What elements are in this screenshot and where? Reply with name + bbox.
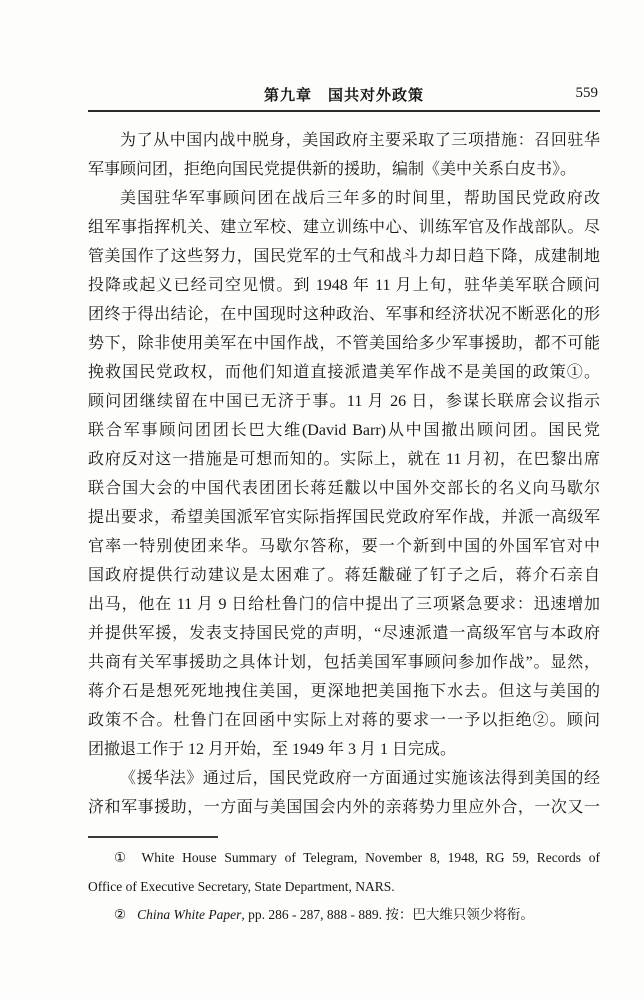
body-line: 国政府提供行动建议是太困难了。蒋廷黻碰了钉子之后，蒋介石亲自 — [88, 561, 600, 590]
body-line: 济和军事援助，一方面与美国国会内外的亲蒋势力里应外合，一次又一 — [88, 793, 600, 822]
body-line: 政策不合。杜鲁门在回函中实际上对蒋的要求一一予以拒绝②。顾问 — [88, 706, 600, 735]
body-line: 出马，他在 11 月 9 日给杜鲁门的信中提出了三项紧急要求：迅速增加 — [88, 590, 600, 619]
footnote-2-text: , pp. 286 - 287, 888 - 889. 按：巴大维只领少将衔。 — [241, 907, 534, 922]
footnotes: ①White House Summary of Telegram, Novemb… — [88, 844, 600, 930]
body-line: 挽救国民党政权，而他们知道直接派遣美军作战不是美国的政策①。 — [88, 358, 600, 387]
body-text: 为了从中国内战中脱身，美国政府主要采取了三项措施：召回驻华 军事顾问团，拒绝向国… — [88, 126, 600, 822]
footnote-1: ①White House Summary of Telegram, Novemb… — [88, 844, 600, 901]
body-line: 团撤退工作于 12 月开始，至 1949 年 3 月 1 日完成。 — [88, 735, 600, 764]
book-page: 第九章 国共对外政策 559 为了从中国内战中脱身，美国政府主要采取了三项措施：… — [0, 0, 644, 1000]
paragraph-2: 美国驻华军事顾问团在战后三年多的时间里，帮助国民党政府改 组军事指挥机关、建立军… — [88, 184, 600, 764]
footnote-2-marker: ② — [114, 907, 126, 922]
footnote-1-text-line-2: Office of Executive Secretary, State Dep… — [88, 873, 600, 902]
body-line: 军事顾问团，拒绝向国民党提供新的援助，编制《美中关系白皮书》。 — [88, 155, 600, 184]
paragraph-1: 为了从中国内战中脱身，美国政府主要采取了三项措施：召回驻华 军事顾问团，拒绝向国… — [88, 126, 600, 184]
body-line: 为了从中国内战中脱身，美国政府主要采取了三项措施：召回驻华 — [88, 126, 600, 155]
chapter-heading: 第九章 国共对外政策 — [88, 84, 600, 105]
body-line: 势下，除非使用美军在中国作战，不管美国给多少军事援助，都不可能 — [88, 329, 600, 358]
body-line: 共商有关军事援助之具体计划，包括美国军事顾问参加作战”。显然， — [88, 648, 600, 677]
body-line: 联合军事顾问团团长巴大维(David Barr)从中国撤出顾问团。国民党 — [88, 416, 600, 445]
body-line: 蒋介石是想死死地拽住美国，更深地把美国拖下水去。但这与美国的 — [88, 677, 600, 706]
body-line: 《援华法》通过后，国民党政府一方面通过实施该法得到美国的经 — [88, 764, 600, 793]
footnote-1-marker: ① — [114, 850, 130, 865]
body-line: 管美国作了这些努力，国民党军的士气和战斗力却日趋下降，成建制地 — [88, 242, 600, 271]
body-line: 提出要求，希望美国派军官实际指挥国民党政府军作战，并派一高级军 — [88, 503, 600, 532]
paragraph-3: 《援华法》通过后，国民党政府一方面通过实施该法得到美国的经 济和军事援助，一方面… — [88, 764, 600, 822]
body-line: 联合国大会的中国代表团团长蒋廷黻以中国外交部长的名义向马歇尔 — [88, 474, 600, 503]
body-line: 美国驻华军事顾问团在战后三年多的时间里，帮助国民党政府改 — [88, 184, 600, 213]
body-line: 团终于得出结论，在中国现时这种政治、军事和经济状况不断恶化的形 — [88, 300, 600, 329]
footnote-separator — [88, 836, 218, 838]
page-number: 559 — [576, 85, 599, 102]
body-line: 官率一特别使团来华。马歇尔答称，要一个新到中国的外国军官对中 — [88, 532, 600, 561]
footnote-2: ②China White Paper, pp. 286 - 287, 888 -… — [88, 901, 600, 930]
body-line: 并提供军援，发表支持国民党的声明，“尽速派遣一高级军官与本政府 — [88, 619, 600, 648]
footnote-1-text-line-1: White House Summary of Telegram, Novembe… — [141, 850, 600, 865]
body-line: 政府反对这一措施是可想而知的。实际上，就在 11 月初，在巴黎出席 — [88, 445, 600, 474]
running-header: 第九章 国共对外政策 559 — [88, 84, 600, 106]
body-line: 组军事指挥机关、建立军校、建立训练中心、训练军官及作战部队。尽 — [88, 213, 600, 242]
footnote-2-title: China White Paper — [137, 907, 241, 922]
body-line: 投降或起义已经司空见惯。到 1948 年 11 月上旬，驻华美军联合顾问 — [88, 271, 600, 300]
body-line: 顾问团继续留在中国已无济于事。11 月 26 日，参谋长联席会议指示 — [88, 387, 600, 416]
header-rule — [88, 110, 600, 112]
